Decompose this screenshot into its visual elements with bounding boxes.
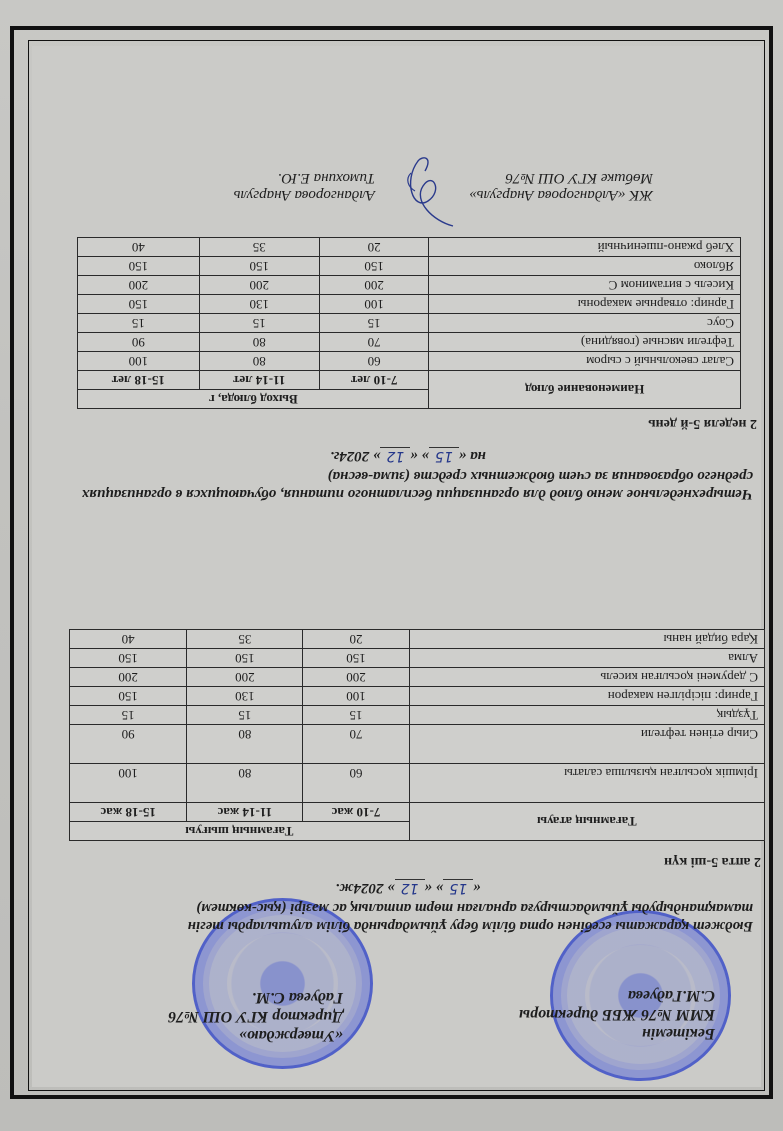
approval-block-kz: Бекітемін КММ №76 ЖББ директоры С.М.Гаду… — [519, 986, 715, 1043]
portion-grams: 150 — [303, 649, 409, 668]
table-row: Яблоко150150150 — [78, 257, 741, 276]
portion-grams: 90 — [70, 725, 187, 764]
portion-grams: 80 — [187, 725, 303, 764]
portion-grams: 80 — [199, 352, 319, 371]
dish-name: Қара бидай наны — [409, 630, 764, 649]
portion-grams: 90 — [78, 333, 200, 352]
dish-name: Гарнир: отварные макароны — [429, 295, 741, 314]
title-kz-date: «15» «12» 2024ж. — [63, 879, 753, 897]
table-row: Тұздық151515 — [70, 706, 765, 725]
portion-grams: 40 — [78, 238, 200, 257]
title-kz: Бюджет қаражаты есебінен орта білім беру… — [63, 879, 753, 935]
table-row: Қара бидай наны203540 — [70, 630, 765, 649]
table-row: Алма150150150 — [70, 649, 765, 668]
approval-kz-line2: КММ №76 ЖББ директоры — [519, 1005, 715, 1024]
portion-grams: 100 — [319, 295, 429, 314]
portion-grams: 200 — [319, 276, 429, 295]
portion-grams: 15 — [199, 314, 319, 333]
sign-left-line2: Мөбшке КГУ ОШ №76 — [469, 169, 653, 186]
approval-kz-line3: С.М.Гадуева — [519, 986, 715, 1005]
age-group-header: 15-18 лет — [78, 371, 200, 390]
portion-grams: 100 — [78, 352, 200, 371]
dish-name: Хлеб ржано-пшеничный — [429, 238, 741, 257]
portion-grams: 70 — [319, 333, 429, 352]
day-label-ru: 2 неделя 5-й день — [648, 415, 757, 431]
age-group-header: 7-10 жас — [303, 803, 409, 822]
date-month: 12 — [395, 879, 425, 896]
portion-grams: 150 — [199, 257, 319, 276]
sign-right-line2: Тимохина Е.Ю. — [234, 169, 375, 186]
approval-ru-line3: Гадуева С.М. — [168, 988, 343, 1007]
date-year: 2024г. — [330, 448, 369, 464]
table-row: Сиыр етінен тефтели708090 — [70, 725, 765, 764]
portion-grams: 200 — [187, 668, 303, 687]
signature-block-left: ЖК «Алдангорова Анаргуль» Мөбшке КГУ ОШ … — [469, 169, 653, 203]
dish-name: С дәруменi қосылған кисель — [409, 668, 764, 687]
portion-grams: 35 — [187, 630, 303, 649]
approval-ru-line1: «Утверждаю» — [168, 1026, 343, 1045]
day-label-kz: 2 апта 5-ші күн — [664, 853, 761, 869]
dish-name: Сиыр етінен тефтели — [409, 725, 764, 764]
portion-grams: 60 — [303, 764, 409, 803]
column-header-dish: Наименование блюд — [429, 371, 741, 409]
portion-grams: 130 — [187, 687, 303, 706]
approval-ru-line2: Директор КГУ ОШ №76 — [168, 1007, 343, 1026]
signature-block-right: Алдангорова Анаргуль Тимохина Е.Ю. — [234, 169, 375, 203]
title-ru-date: на «15» «12» 2024г. — [63, 447, 753, 465]
portion-grams: 80 — [187, 764, 303, 803]
menu-sheet: Бекітемін КММ №76 ЖББ директоры С.М.Гаду… — [0, 0, 783, 1131]
approval-kz-line1: Бекітемін — [519, 1024, 715, 1043]
dish-name: Соус — [429, 314, 741, 333]
approval-block-ru: «Утверждаю» Директор КГУ ОШ №76 Гадуева … — [168, 988, 343, 1045]
portion-grams: 150 — [78, 257, 200, 276]
sign-right-line1: Алдангорова Анаргуль — [234, 186, 375, 203]
table-row: Соус151515 — [78, 314, 741, 333]
portion-grams: 20 — [319, 238, 429, 257]
portion-grams: 150 — [70, 687, 187, 706]
portion-grams: 80 — [199, 333, 319, 352]
portion-grams: 35 — [199, 238, 319, 257]
title-ru-text: Четырехнедельное меню блюд для организац… — [82, 468, 753, 502]
menu-table-kz: Тағамның атауы Тағамның шығуы 7-10 жас 1… — [69, 629, 765, 841]
date-day: 15 — [429, 447, 459, 464]
portion-grams: 100 — [70, 764, 187, 803]
column-header-dish: Тағамның атауы — [409, 803, 764, 841]
title-ru: Четырехнедельное меню блюд для организац… — [63, 447, 753, 503]
dish-name: Гарнир: пісірілген макарон — [409, 687, 764, 706]
document-photo: Бекітемін КММ №76 ЖББ директоры С.М.Гаду… — [0, 0, 783, 1131]
portion-grams: 150 — [319, 257, 429, 276]
date-prefix: на — [470, 448, 486, 464]
menu-table-ru: Наименование блюд Выход блюда, г 7-10 ле… — [77, 237, 741, 409]
portion-grams: 15 — [303, 706, 409, 725]
dish-name: Салат свекольный с сыром — [429, 352, 741, 371]
portion-grams: 40 — [70, 630, 187, 649]
dish-name: Ірімшік қосылған қызылша салаты — [409, 764, 764, 803]
dish-name: Алма — [409, 649, 764, 668]
table-row: Хлеб ржано-пшеничный203540 — [78, 238, 741, 257]
column-header-output: Выход блюда, г — [78, 390, 429, 409]
dish-name: Тұздық — [409, 706, 764, 725]
table-row: Кисель с витамином С200200200 — [78, 276, 741, 295]
column-header-output: Тағамның шығуы — [70, 822, 410, 841]
dish-name: Яблоко — [429, 257, 741, 276]
portion-grams: 150 — [78, 295, 200, 314]
portion-grams: 150 — [70, 649, 187, 668]
portion-grams: 15 — [187, 706, 303, 725]
table-row: Гарнир: пісірілген макарон100130150 — [70, 687, 765, 706]
table-row: Тефтели мясные (говядина)708090 — [78, 333, 741, 352]
date-day: 15 — [443, 879, 473, 896]
portion-grams: 200 — [199, 276, 319, 295]
table-row: Гарнир: отварные макароны100130150 — [78, 295, 741, 314]
portion-grams: 100 — [303, 687, 409, 706]
date-month: 12 — [380, 447, 410, 464]
portion-grams: 15 — [70, 706, 187, 725]
dish-name: Тефтели мясные (говядина) — [429, 333, 741, 352]
age-group-header: 11-14 лет — [199, 371, 319, 390]
table-row: С дәруменi қосылған кисель200200200 — [70, 668, 765, 687]
title-kz-text: Бюджет қаражаты есебінен орта білім беру… — [188, 900, 753, 934]
age-group-header: 7-10 лет — [319, 371, 429, 390]
portion-grams: 70 — [303, 725, 409, 764]
portion-grams: 60 — [319, 352, 429, 371]
age-group-header: 15-18 жас — [70, 803, 187, 822]
portion-grams: 200 — [70, 668, 187, 687]
portion-grams: 15 — [78, 314, 200, 333]
portion-grams: 150 — [187, 649, 303, 668]
age-group-header: 11-14 жас — [187, 803, 303, 822]
portion-grams: 20 — [303, 630, 409, 649]
table-row: Салат свекольный с сыром6080100 — [78, 352, 741, 371]
date-year: 2024ж. — [335, 880, 383, 896]
portion-grams: 15 — [319, 314, 429, 333]
portion-grams: 200 — [303, 668, 409, 687]
sign-left-line1: ЖК «Алдангорова Анаргуль» — [469, 186, 653, 203]
dish-name: Кисель с витамином С — [429, 276, 741, 295]
portion-grams: 130 — [199, 295, 319, 314]
portion-grams: 200 — [78, 276, 200, 295]
table-row: Ірімшік қосылған қызылша салаты6080100 — [70, 764, 765, 803]
handwritten-signature-icon — [393, 151, 463, 231]
